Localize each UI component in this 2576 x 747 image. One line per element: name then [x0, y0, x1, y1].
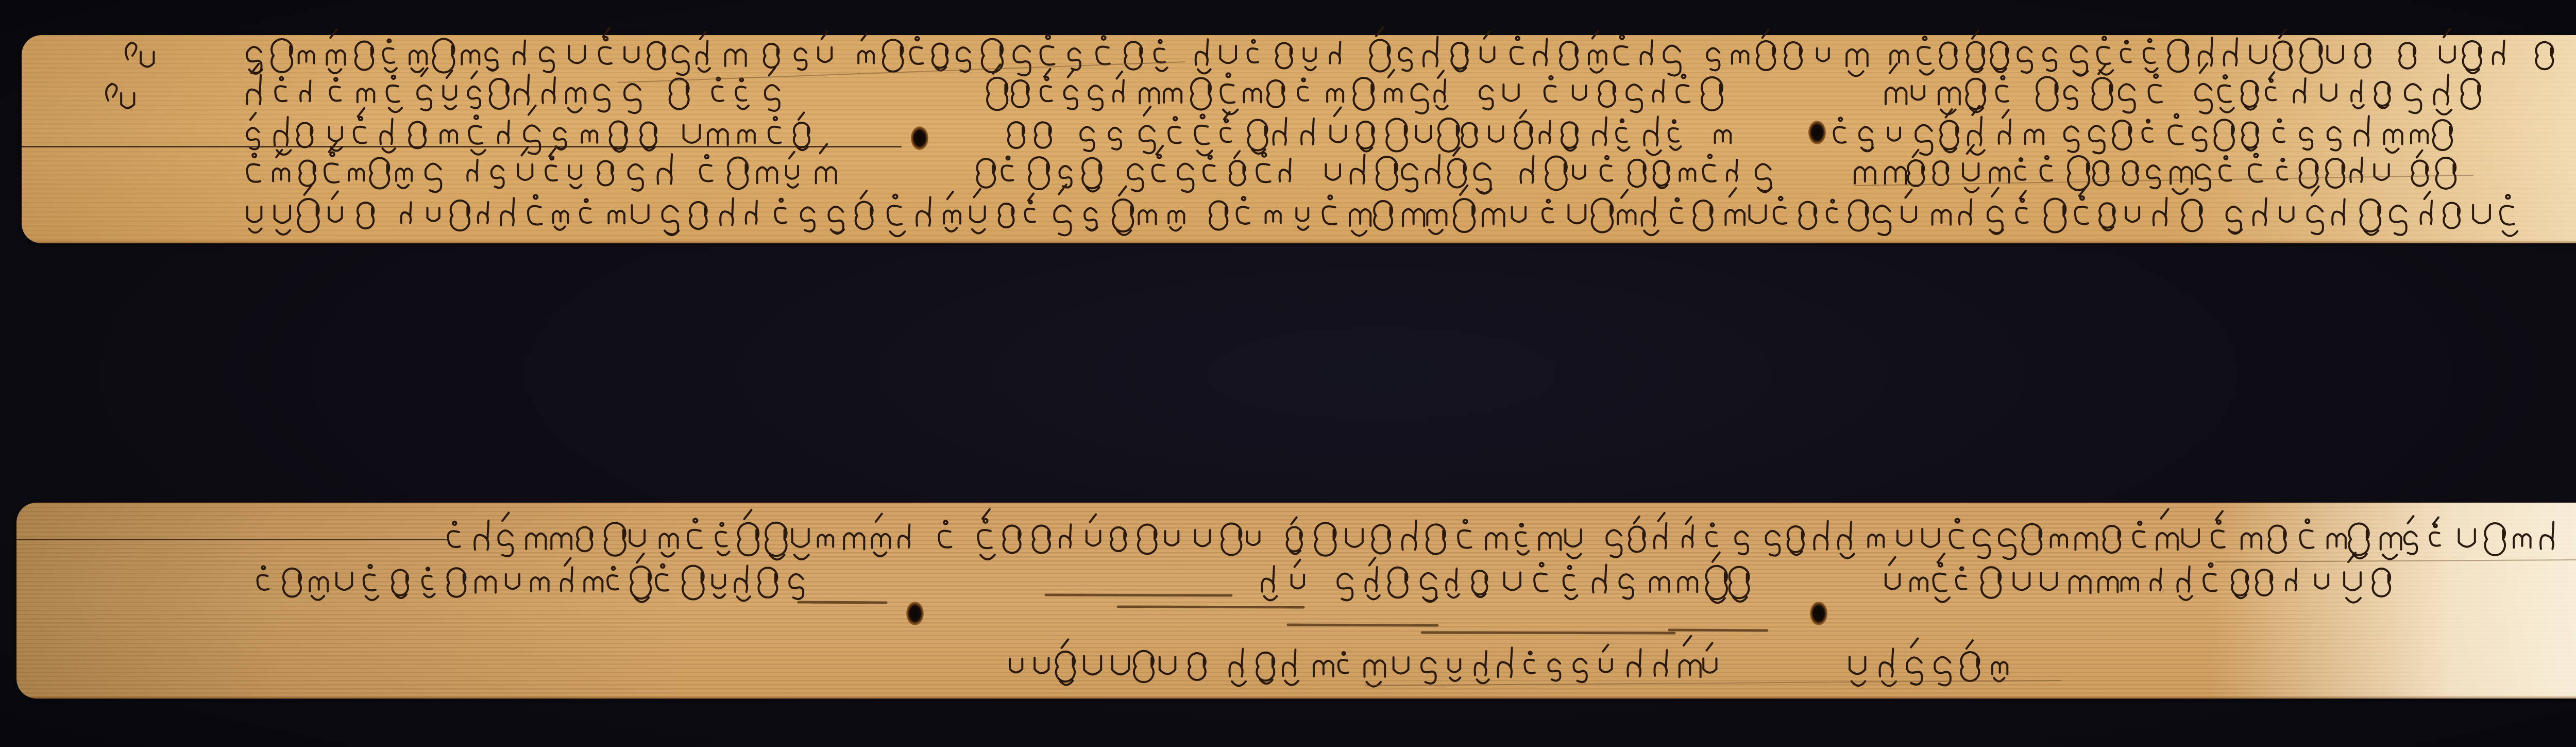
ruled-line-mark	[1046, 595, 1231, 595]
surface-scratch	[1365, 680, 2061, 686]
handwritten-text-segment	[1262, 553, 1749, 603]
folio-number-mark	[106, 84, 134, 108]
handwritten-text-segment	[247, 64, 779, 113]
handwritten-text-segment	[977, 146, 1772, 194]
handwritten-text-segment	[247, 27, 2553, 76]
handwritten-text-segment	[1008, 107, 1731, 156]
ruled-line-mark	[1288, 625, 1437, 625]
handwritten-ink-layer	[0, 0, 2576, 747]
folio-number-mark	[126, 43, 154, 67]
surface-scratch	[2215, 559, 2576, 562]
handwritten-text-segment	[1010, 636, 1716, 687]
handwritten-text-segment	[258, 554, 804, 602]
ruled-line-mark	[799, 602, 886, 603]
handwritten-text-segment	[1850, 639, 2007, 686]
handwritten-text-segment	[448, 509, 2554, 560]
handwritten-text-segment	[1834, 106, 2452, 155]
handwritten-text-segment	[1855, 145, 2455, 194]
ruled-line-mark	[1118, 607, 1303, 607]
handwritten-text-segment	[1886, 553, 2390, 602]
handwritten-text-segment	[987, 64, 1722, 114]
ruled-line-mark	[1422, 633, 1674, 633]
ruled-line-mark	[1669, 630, 1767, 630]
